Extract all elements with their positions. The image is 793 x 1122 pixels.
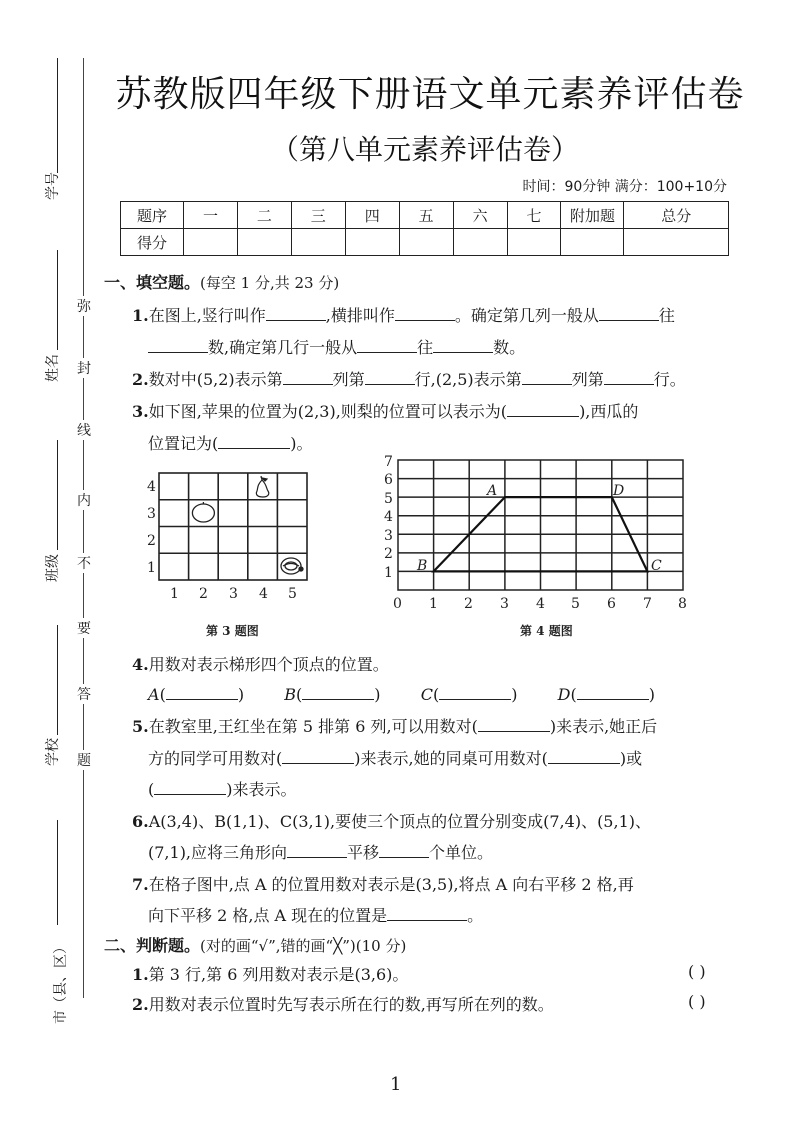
score-header-cell: 三 — [291, 202, 345, 229]
name-label: 姓名 — [42, 354, 62, 382]
svg-text:4: 4 — [147, 479, 156, 495]
apple-icon — [192, 502, 214, 522]
q5-line3: ()来表示。 — [148, 777, 297, 800]
answer-blank[interactable] — [365, 368, 415, 385]
point-a-label: A — [485, 483, 497, 499]
answer-blank[interactable] — [522, 368, 572, 385]
class-label: 班级 — [42, 554, 62, 582]
section2-title: 二、判断题。 — [104, 936, 200, 955]
q3-line2: 位置记为()。 — [148, 431, 313, 454]
svg-text:3: 3 — [500, 596, 509, 612]
q5-line2: 方的同学可用数对()来表示,她的同桌可用数对()或 — [148, 746, 642, 769]
seal-char: 要 — [76, 618, 92, 638]
q6-line2: (7,1),应将三角形向平移个单位。 — [148, 840, 493, 863]
q5-line1: 5.在教室里,王红坐在第 5 排第 6 列,可以用数对()来表示,她正后 — [132, 714, 657, 737]
q7-line1: 7.在格子图中,点 A 的位置用数对表示是(3,5),将点 A 向右平移 2 格… — [132, 872, 634, 895]
score-table-score-row: 得分 — [121, 229, 729, 256]
answer-blank[interactable] — [283, 368, 333, 385]
seal-char: 不 — [76, 553, 92, 573]
q1-line1: 1.在图上,竖行叫作,横排叫作。确定第几列一般从往 — [132, 303, 675, 326]
score-table-header-row: 题序 一 二 三 四 五 六 七 附加题 总分 — [121, 202, 729, 229]
svg-text:1: 1 — [384, 565, 393, 581]
answer-blank[interactable] — [478, 715, 550, 732]
time-info: 时间：90分钟 满分：100+10分 — [522, 176, 727, 196]
answer-blank[interactable] — [395, 304, 455, 321]
section1-note: (每空 1 分,共 23 分) — [200, 274, 339, 292]
q1-line2: 数,确定第几行一般从往数。 — [148, 335, 525, 358]
svg-text:1: 1 — [429, 596, 438, 612]
answer-blank[interactable] — [604, 368, 654, 385]
svg-text:0: 0 — [393, 596, 402, 612]
score-header-cell: 题序 — [121, 202, 184, 229]
section2-note: (对的画“√”,错的画“╳”)(10 分) — [200, 937, 406, 955]
svg-text:5: 5 — [384, 491, 393, 507]
answer-blank[interactable] — [548, 747, 620, 764]
score-header-cell: 四 — [345, 202, 399, 229]
seal-char: 答 — [76, 684, 92, 704]
svg-text:4: 4 — [384, 509, 393, 525]
answer-blank[interactable] — [433, 336, 493, 353]
district-line[interactable] — [57, 820, 58, 925]
svg-text:3: 3 — [384, 528, 393, 544]
section1-title: 一、填空题。 — [104, 273, 200, 292]
page-subtitle: （第八单元素养评估卷） — [0, 128, 793, 168]
answer-blank[interactable] — [599, 304, 659, 321]
school-label: 学校 — [42, 738, 62, 766]
svg-text:4: 4 — [536, 596, 545, 612]
svg-text:2: 2 — [147, 533, 156, 549]
answer-blank[interactable] — [379, 841, 429, 858]
svg-text:8: 8 — [678, 596, 687, 612]
seal-char: 线 — [76, 420, 92, 440]
answer-blank[interactable] — [357, 336, 417, 353]
seal-line — [83, 58, 84, 998]
score-header-cell: 一 — [184, 202, 238, 229]
svg-text:1: 1 — [147, 560, 156, 576]
judge-item-2: 2.用数对表示位置时先写表示所在行的数,再写所在列的数。 — [132, 992, 554, 1015]
score-header-cell: 六 — [453, 202, 507, 229]
section2-heading: 二、判断题。(对的画“√”,错的画“╳”)(10 分) — [104, 933, 406, 956]
answer-blank[interactable] — [287, 841, 347, 858]
answer-blank-b[interactable] — [302, 683, 374, 700]
score-cell[interactable] — [624, 229, 729, 256]
q2-line: 2.数对中(5,2)表示第列第行,(2,5)表示第列第行。 — [132, 367, 686, 390]
svg-text:4: 4 — [259, 586, 268, 602]
score-cell[interactable] — [237, 229, 291, 256]
student-id-label: 学号 — [42, 172, 62, 200]
answer-blank-a[interactable] — [166, 683, 238, 700]
svg-text:7: 7 — [384, 454, 393, 470]
score-header-cell: 七 — [507, 202, 561, 229]
score-row-label: 得分 — [121, 229, 184, 256]
point-b-label: B — [416, 558, 427, 574]
svg-text:7: 7 — [643, 596, 652, 612]
q7-line2: 向下平移 2 格,点 A 现在的位置是。 — [148, 903, 483, 926]
page-title: 苏教版四年级下册语文单元素养评估卷 — [0, 66, 793, 117]
score-cell[interactable] — [345, 229, 399, 256]
judge-item-1: 1.第 3 行,第 6 列用数对表示是(3,6)。 — [132, 962, 408, 985]
svg-text:2: 2 — [199, 586, 208, 602]
answer-blank[interactable] — [218, 432, 290, 449]
seal-char: 弥 — [76, 296, 92, 316]
svg-text:6: 6 — [384, 472, 393, 488]
section1-heading: 一、填空题。(每空 1 分,共 23 分) — [104, 270, 339, 293]
score-header-cell: 总分 — [624, 202, 729, 229]
svg-text:3: 3 — [229, 586, 238, 602]
q6-line1: 6.A(3,4)、B(1,1)、C(3,1),要使三个顶点的位置分别变成(7,4… — [132, 809, 651, 832]
svg-text:5: 5 — [571, 596, 580, 612]
pear-icon — [256, 476, 268, 497]
school-line[interactable] — [57, 625, 58, 735]
score-table: 题序 一 二 三 四 五 六 七 附加题 总分 得分 — [120, 201, 729, 256]
point-d-label: D — [612, 483, 624, 499]
seal-char: 题 — [76, 750, 92, 770]
figure-3-caption: 第 3 题图 — [206, 623, 259, 638]
answer-blank-d[interactable] — [577, 683, 649, 700]
svg-text:1: 1 — [170, 586, 179, 602]
figure-4-grid: 7654321 012345678 A B C D 第 4 题图 — [375, 452, 705, 642]
answer-blank[interactable] — [148, 336, 208, 353]
answer-blank[interactable] — [154, 778, 226, 795]
svg-text:3: 3 — [147, 506, 156, 522]
seal-char: 封 — [76, 358, 92, 378]
svg-text:6: 6 — [607, 596, 616, 612]
score-header-cell: 五 — [399, 202, 453, 229]
judge-answer-2[interactable]: ( ) — [688, 992, 706, 1011]
score-cell[interactable] — [561, 229, 624, 256]
answer-blank-c[interactable] — [439, 683, 511, 700]
score-cell[interactable] — [291, 229, 345, 256]
judge-answer-1[interactable]: ( ) — [688, 962, 706, 981]
q3-line1: 3.如下图,苹果的位置为(2,3),则梨的位置可以表示为(),西瓜的 — [132, 399, 638, 422]
point-c-label: C — [651, 558, 662, 574]
answer-blank[interactable] — [387, 904, 467, 921]
seal-char: 内 — [76, 490, 92, 510]
score-header-cell: 二 — [237, 202, 291, 229]
score-cell[interactable] — [399, 229, 453, 256]
q4-line: 4.用数对表示梯形四个顶点的位置。 — [132, 652, 389, 675]
score-cell[interactable] — [453, 229, 507, 256]
page-number: 1 — [390, 1074, 401, 1095]
class-line[interactable] — [57, 440, 58, 550]
svg-text:2: 2 — [464, 596, 473, 612]
score-header-cell: 附加题 — [561, 202, 624, 229]
figure-3-grid: 4321 12345 第 3 题图 — [130, 460, 330, 645]
answer-blank[interactable] — [282, 747, 354, 764]
answer-blank[interactable] — [266, 304, 326, 321]
district-label: 市（县、区） — [50, 940, 70, 1024]
score-cell[interactable] — [507, 229, 561, 256]
name-line[interactable] — [57, 250, 58, 350]
watermelon-icon — [281, 558, 303, 574]
svg-text:2: 2 — [384, 546, 393, 562]
answer-blank[interactable] — [507, 400, 579, 417]
svg-text:5: 5 — [288, 586, 297, 602]
figure-4-caption: 第 4 题图 — [520, 623, 573, 638]
q4-answers: A() B() C() D() — [148, 683, 655, 704]
score-cell[interactable] — [184, 229, 238, 256]
